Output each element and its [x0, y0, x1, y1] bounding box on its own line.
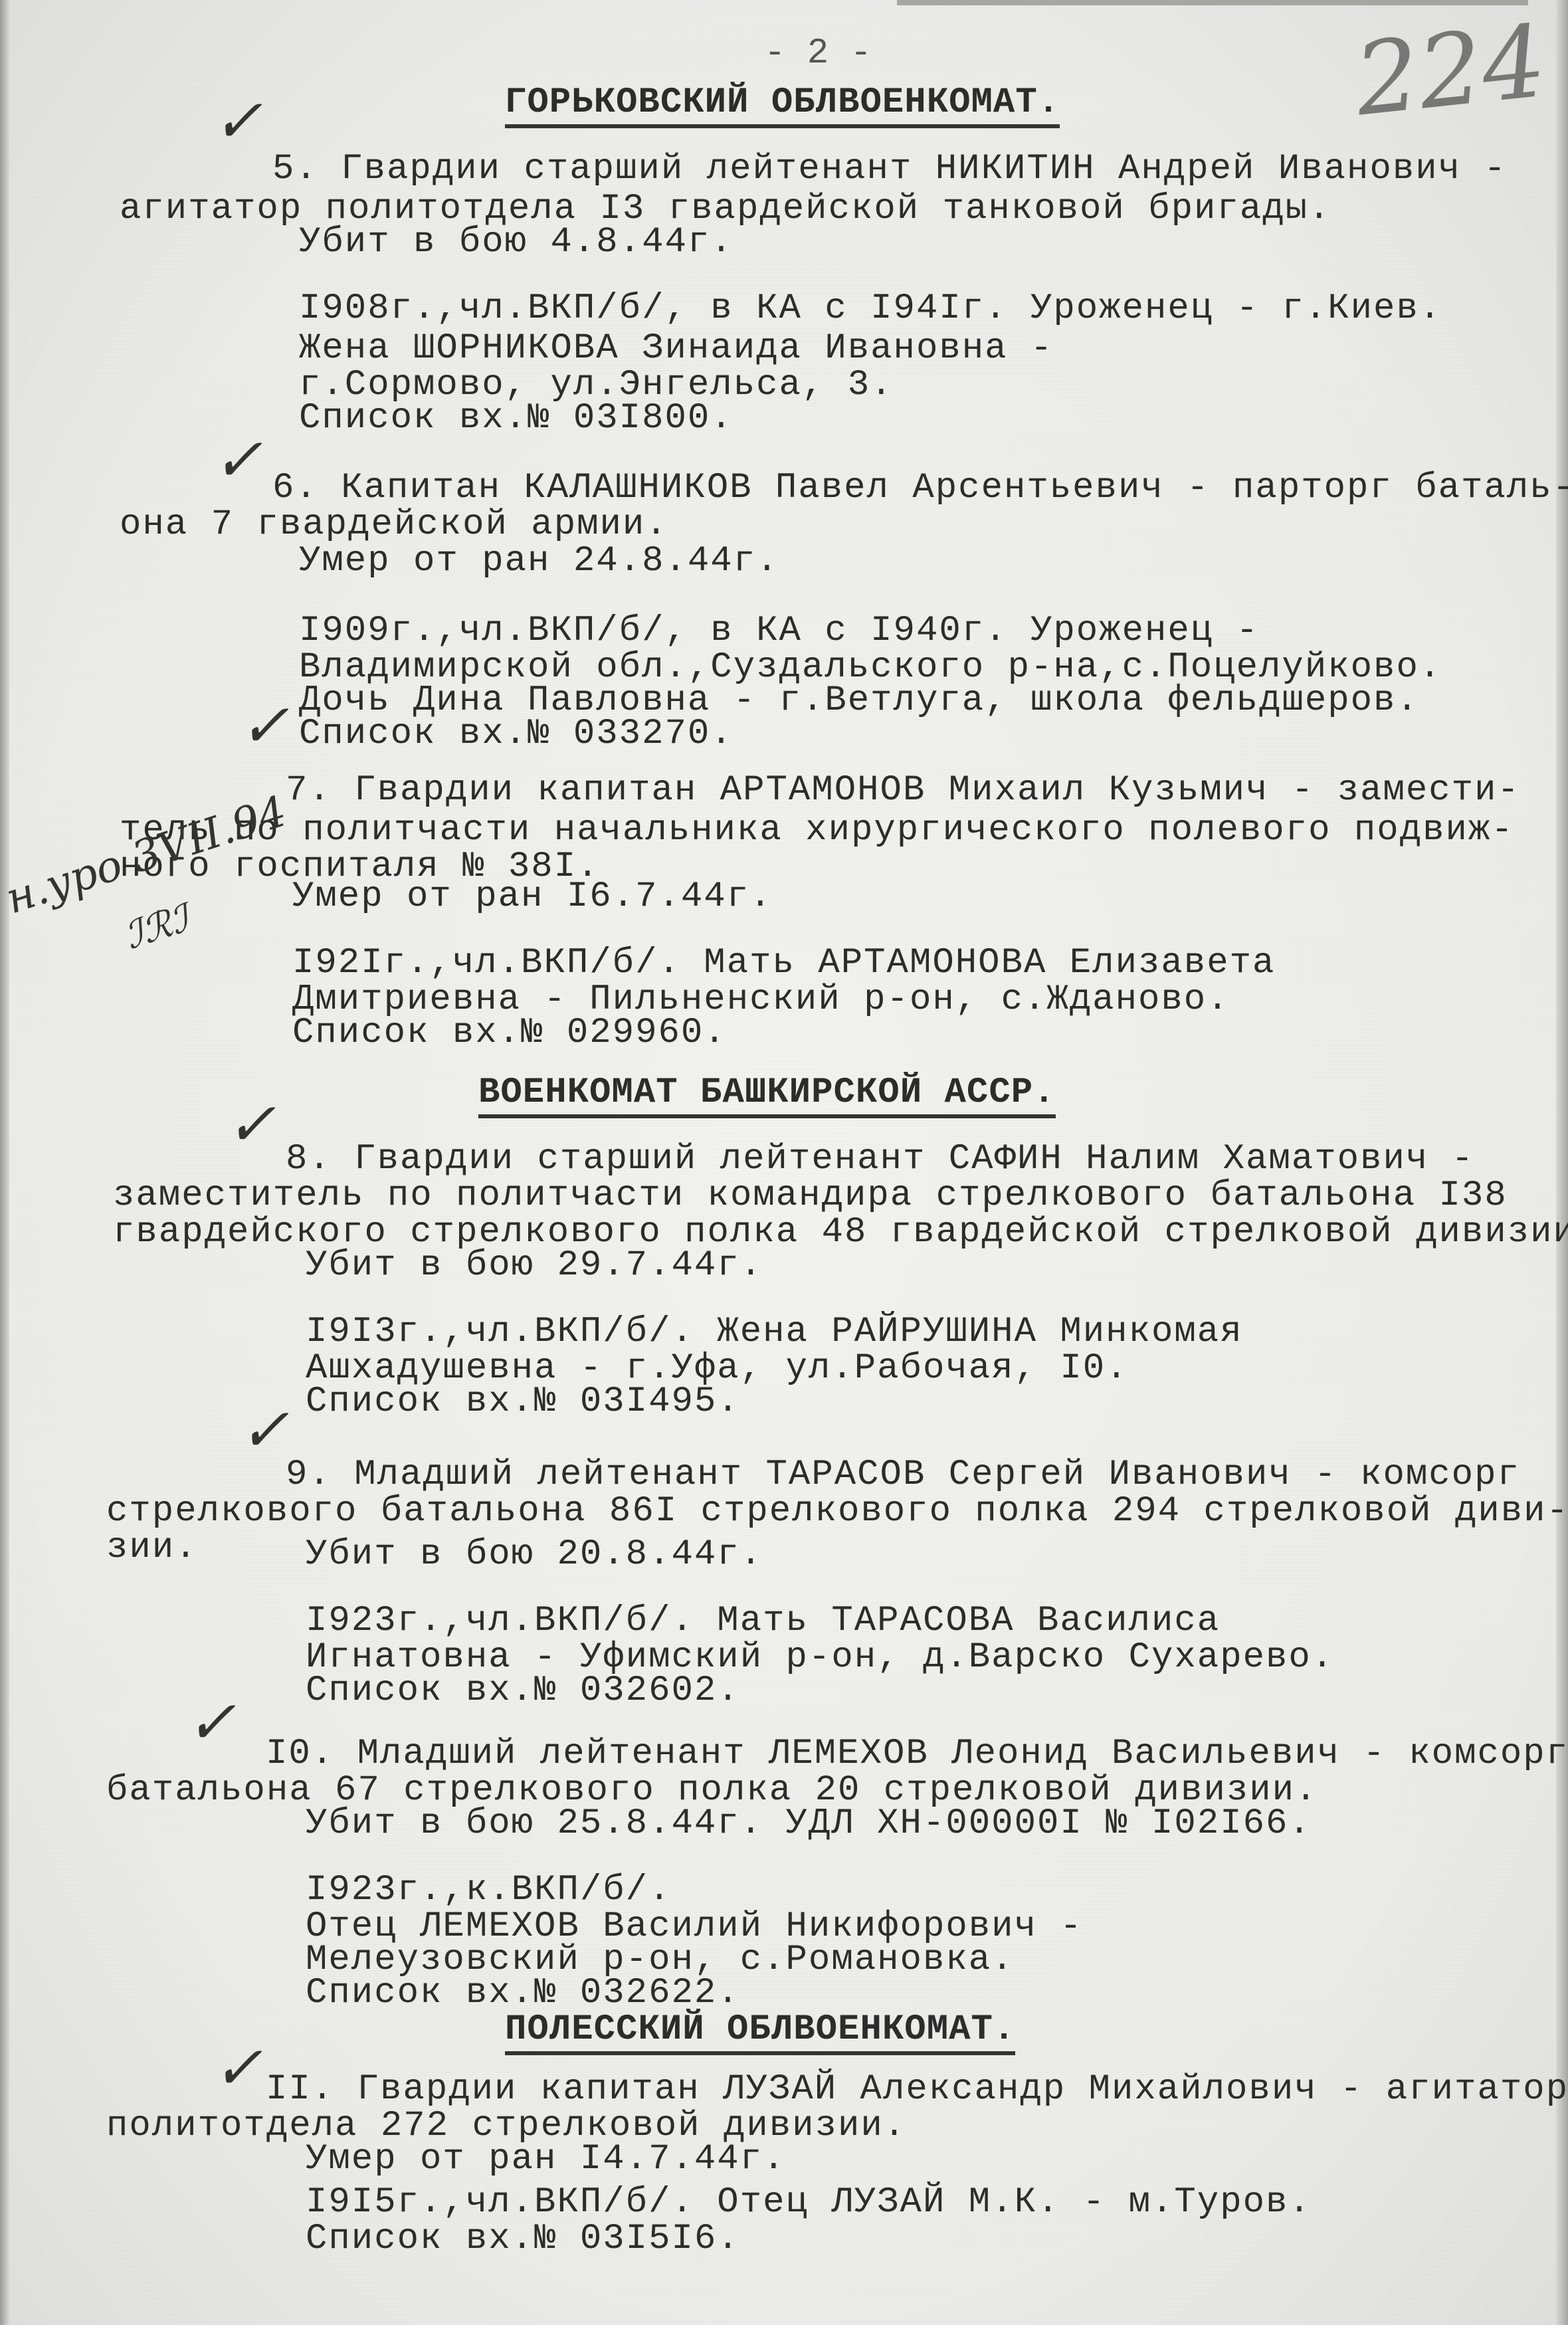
entry-line: Жена ШОРНИКОВА Зинаида Ивановна - [299, 329, 1053, 369]
check-mark-icon: ✓ [239, 1395, 289, 1465]
page-edge-top [897, 0, 1528, 5]
check-mark-icon: ✓ [186, 1688, 236, 1758]
entry-line: она 7 гвардейской армии. [120, 505, 668, 545]
section-heading-bashkir: ВОЕНКОМАТ БАШКИРСКОЙ АССР. [478, 1073, 1056, 1118]
entry-line: I909г.,чл.ВКП/б/, в КА с I940г. Уроженец… [299, 611, 1259, 651]
entry-line: I923г.,к.ВКП/б/. [306, 1870, 671, 1910]
entry-line: заместитель по политчасти командира стре… [113, 1176, 1508, 1216]
entry-line: Умер от ран I4.7.44г. [306, 2140, 786, 2179]
entry-line: Список вх.№ 029960. [292, 1013, 727, 1053]
entry-line: II. Гвардии капитан ЛУЗАЙ Александр Миха… [266, 2070, 1568, 2110]
check-mark-icon: ✓ [213, 86, 262, 156]
check-mark-icon: ✓ [239, 691, 289, 761]
entry-line: Убит в бою 29.7.44г. [306, 1246, 763, 1286]
entry-line: Убит в бою 4.8.44г. [299, 223, 734, 262]
entry-line: Список вх.№ 03I5I6. [306, 2219, 740, 2259]
section-heading-polesie: ПОЛЕССКИЙ ОБЛВОЕНКОМАТ. [505, 2010, 1015, 2055]
entry-line: I9I3г.,чл.ВКП/б/. Жена РАЙРУШИНА Минкома… [306, 1312, 1243, 1352]
section-heading-gorky: ГОРЬКОВСКИЙ ОБЛВОЕНКОМАТ. [505, 83, 1060, 128]
entry-line: Список вх.№ 033270. [299, 714, 734, 754]
entry-line: I92Iг.,чл.ВКП/б/. Мать АРТАМОНОВА Елизав… [292, 944, 1275, 983]
entry-line: Умер от ран 24.8.44г. [299, 542, 779, 581]
entry-line: 8. Гвардии старший лейтенант САФИН Налим… [286, 1140, 1474, 1179]
signature-handwritten: ℐℛℐ [120, 897, 195, 958]
page-edge-left [0, 0, 9, 2325]
entry-line: Убит в бою 20.8.44г. [306, 1535, 763, 1575]
entry-line: I9I5г.,чл.ВКП/б/. Отец ЛУЗАЙ М.К. - м.Ту… [306, 2183, 1312, 2223]
entry-line: 9. Младший лейтенант ТАРАСОВ Сергей Иван… [286, 1455, 1520, 1495]
entry-line: 7. Гвардии капитан АРТАМОНОВ Михаил Кузь… [286, 771, 1520, 811]
entry-line: Убит в бою 25.8.44г. УДЛ ХН-00000I № I02… [306, 1804, 1312, 1844]
entry-line: Список вх.№ 03I800. [299, 399, 734, 439]
entry-line: тель по политчасти начальника хирургичес… [120, 811, 1514, 851]
entry-line: Список вх.№ 032602. [306, 1671, 740, 1711]
page-edge-right [1556, 0, 1568, 2325]
entry-line: I0. Младший лейтенант ЛЕМЕХОВ Леонид Вас… [266, 1734, 1568, 1774]
page-number: - 2 - [764, 33, 872, 74]
entry-line: I923г.,чл.ВКП/б/. Мать ТАРАСОВА Василиса [306, 1601, 1220, 1641]
check-mark-icon: ✓ [213, 2033, 262, 2103]
entry-line: зии. [106, 1528, 198, 1568]
entry-line: Умер от ран I6.7.44г. [292, 877, 773, 917]
entry-line: Список вх.№ 03I495. [306, 1382, 740, 1422]
entry-line: Список вх.№ 032622. [306, 1973, 740, 2013]
folio-number-handwritten: 224 [1350, 4, 1551, 139]
entry-line: 6. Капитан КАЛАШНИКОВ Павел Арсентьевич … [272, 468, 1568, 508]
entry-line: I908г.,чл.ВКП/б/, в КА с I94Iг. Уроженец… [299, 289, 1442, 329]
entry-line: стрелкового батальона 86I стрелкового по… [106, 1492, 1568, 1532]
document-page: - 2 - 224 ГОРЬКОВСКИЙ ОБЛВОЕНКОМАТ. ✓ 5.… [0, 0, 1568, 2325]
check-mark-icon: ✓ [213, 425, 262, 495]
check-mark-icon: ✓ [226, 1090, 276, 1160]
entry-line: 5. Гвардии старший лейтенант НИКИТИН Анд… [272, 150, 1507, 189]
